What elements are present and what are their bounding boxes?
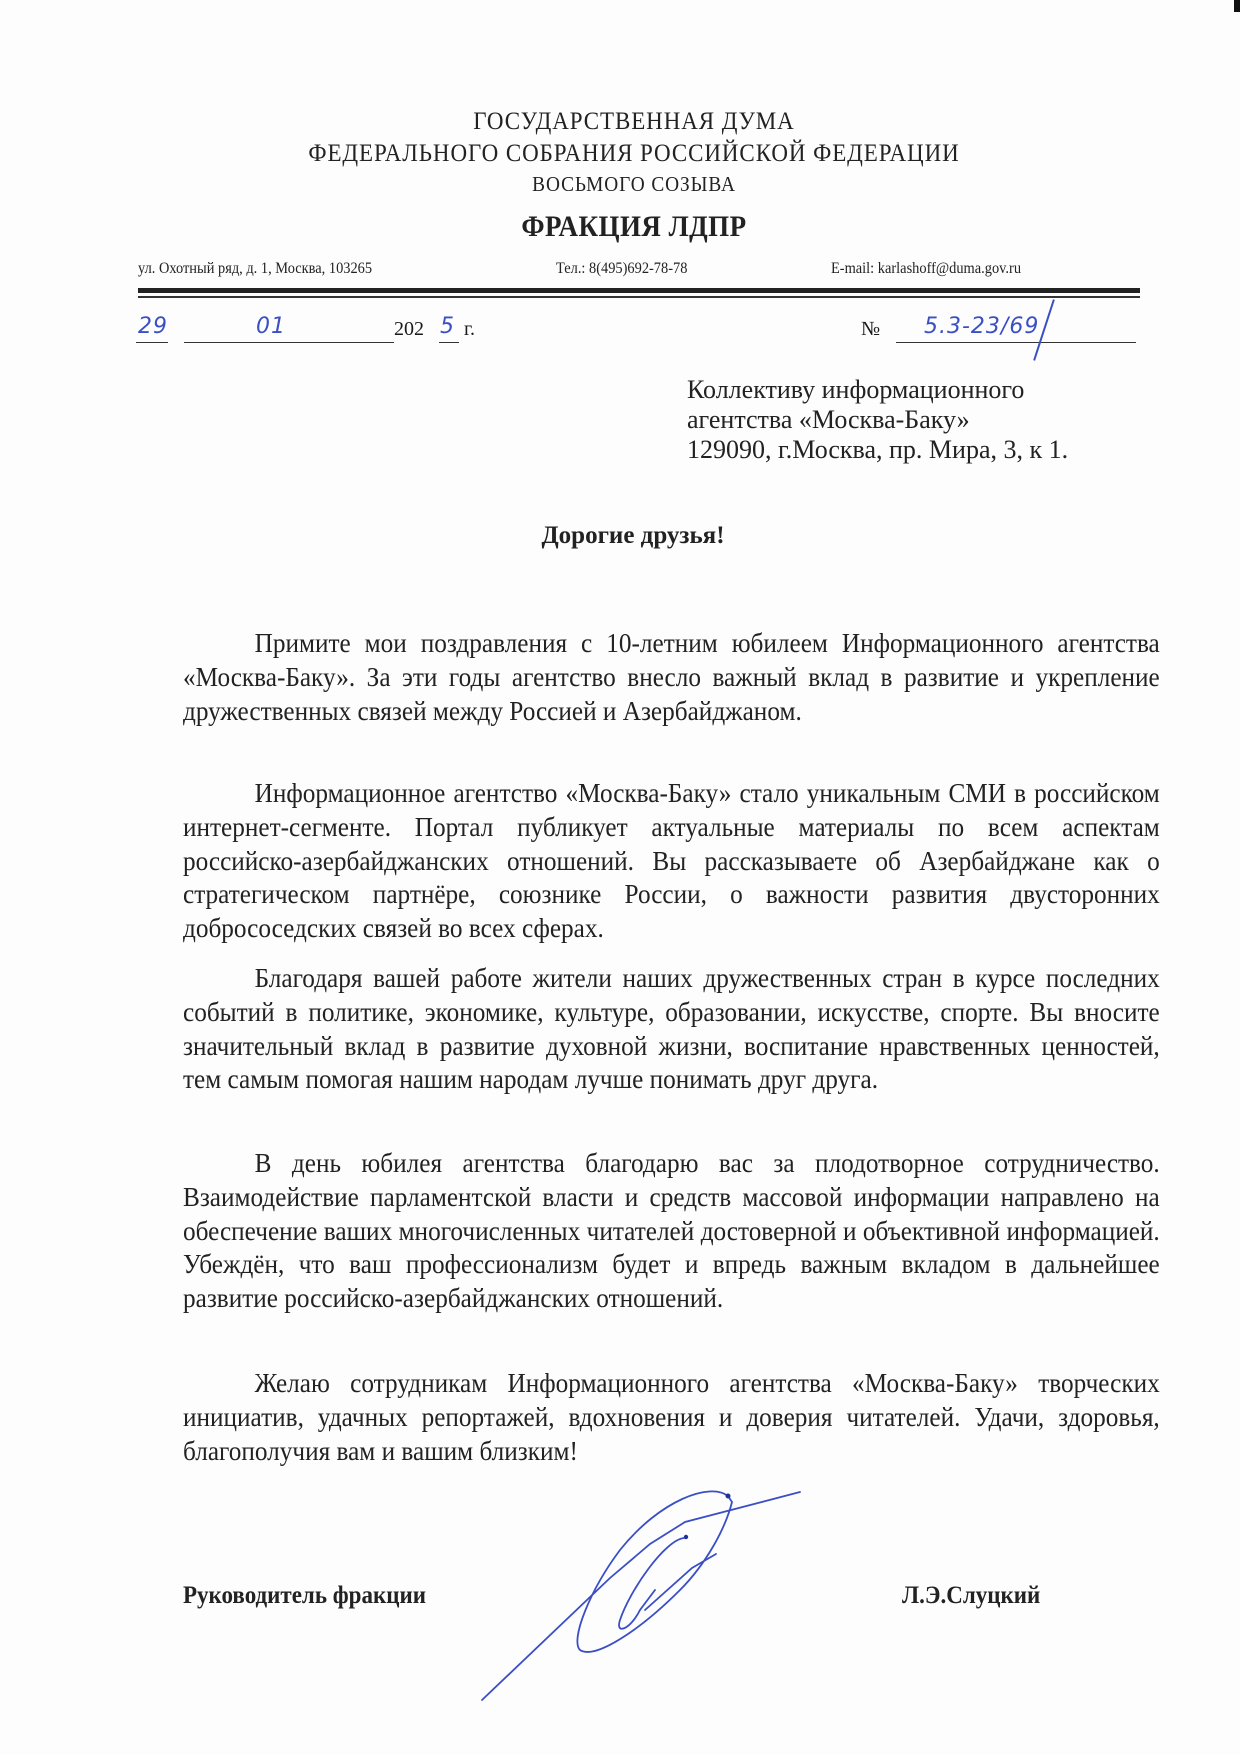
number-label: № [861, 318, 880, 341]
date-month: 01 [256, 314, 286, 339]
registration-row: 29 01 202 5 г. № 5.3-23/69 [136, 312, 1136, 352]
date-year-digit: 5 [440, 314, 455, 339]
body-paragraph: Информационное агентство «Москва-Баку» с… [183, 776, 1160, 945]
greeting: Дорогие друзья! [0, 522, 1240, 550]
letterhead-line-1: ГОСУДАРСТВЕННАЯ ДУМА [64, 108, 1205, 136]
addressee-line: агентства «Москва-Баку» [687, 405, 1068, 435]
letterhead-line-3: ВОСЬМОГО СОЗЫВА [64, 172, 1205, 197]
contact-email: E-mail: karlashoff@duma.gov.ru [831, 260, 1021, 278]
date-year-suffix: г. [464, 318, 475, 341]
faction-title: ФРАКЦИЯ ЛДПР [76, 210, 1192, 244]
signatory-name: Л.Э.Слуцкий [902, 1582, 1040, 1610]
scan-corner-mark [1234, 0, 1240, 12]
addressee-block: Коллективу информационного агентства «Мо… [687, 375, 1068, 465]
handwritten-signature-icon [470, 1480, 890, 1740]
contact-address: ул. Охотный ряд, д. 1, Москва, 103265 [138, 260, 372, 278]
body-paragraph: Желаю сотрудникам Информационного агентс… [183, 1366, 1160, 1467]
letterhead-line-2: ФЕДЕРАЛЬНОГО СОБРАНИЯ РОССИЙСКОЙ ФЕДЕРАЦ… [64, 140, 1205, 168]
date-day: 29 [138, 314, 168, 339]
registration-number: 5.3-23/69 [924, 314, 1039, 339]
addressee-line: 129090, г.Москва, пр. Мира, 3, к 1. [687, 435, 1068, 465]
addressee-line: Коллективу информационного [687, 375, 1068, 405]
date-year-prefix: 202 [394, 318, 424, 341]
date-month-underline [184, 316, 394, 343]
body-paragraph: Благодаря вашей работе жители наших друж… [183, 961, 1160, 1096]
letterhead-rule-thin [138, 296, 1140, 298]
contact-phone: Тел.: 8(495)692-78-78 [556, 260, 687, 278]
body-paragraph: В день юбилея агентства благодарю вас за… [183, 1146, 1160, 1315]
letter-page: ГОСУДАРСТВЕННАЯ ДУМА ФЕДЕРАЛЬНОГО СОБРАН… [0, 0, 1240, 1755]
signatory-role: Руководитель фракции [183, 1582, 426, 1610]
body-paragraph: Примите мои поздравления с 10-летним юби… [183, 626, 1160, 727]
letterhead-rule-thick [138, 288, 1140, 293]
